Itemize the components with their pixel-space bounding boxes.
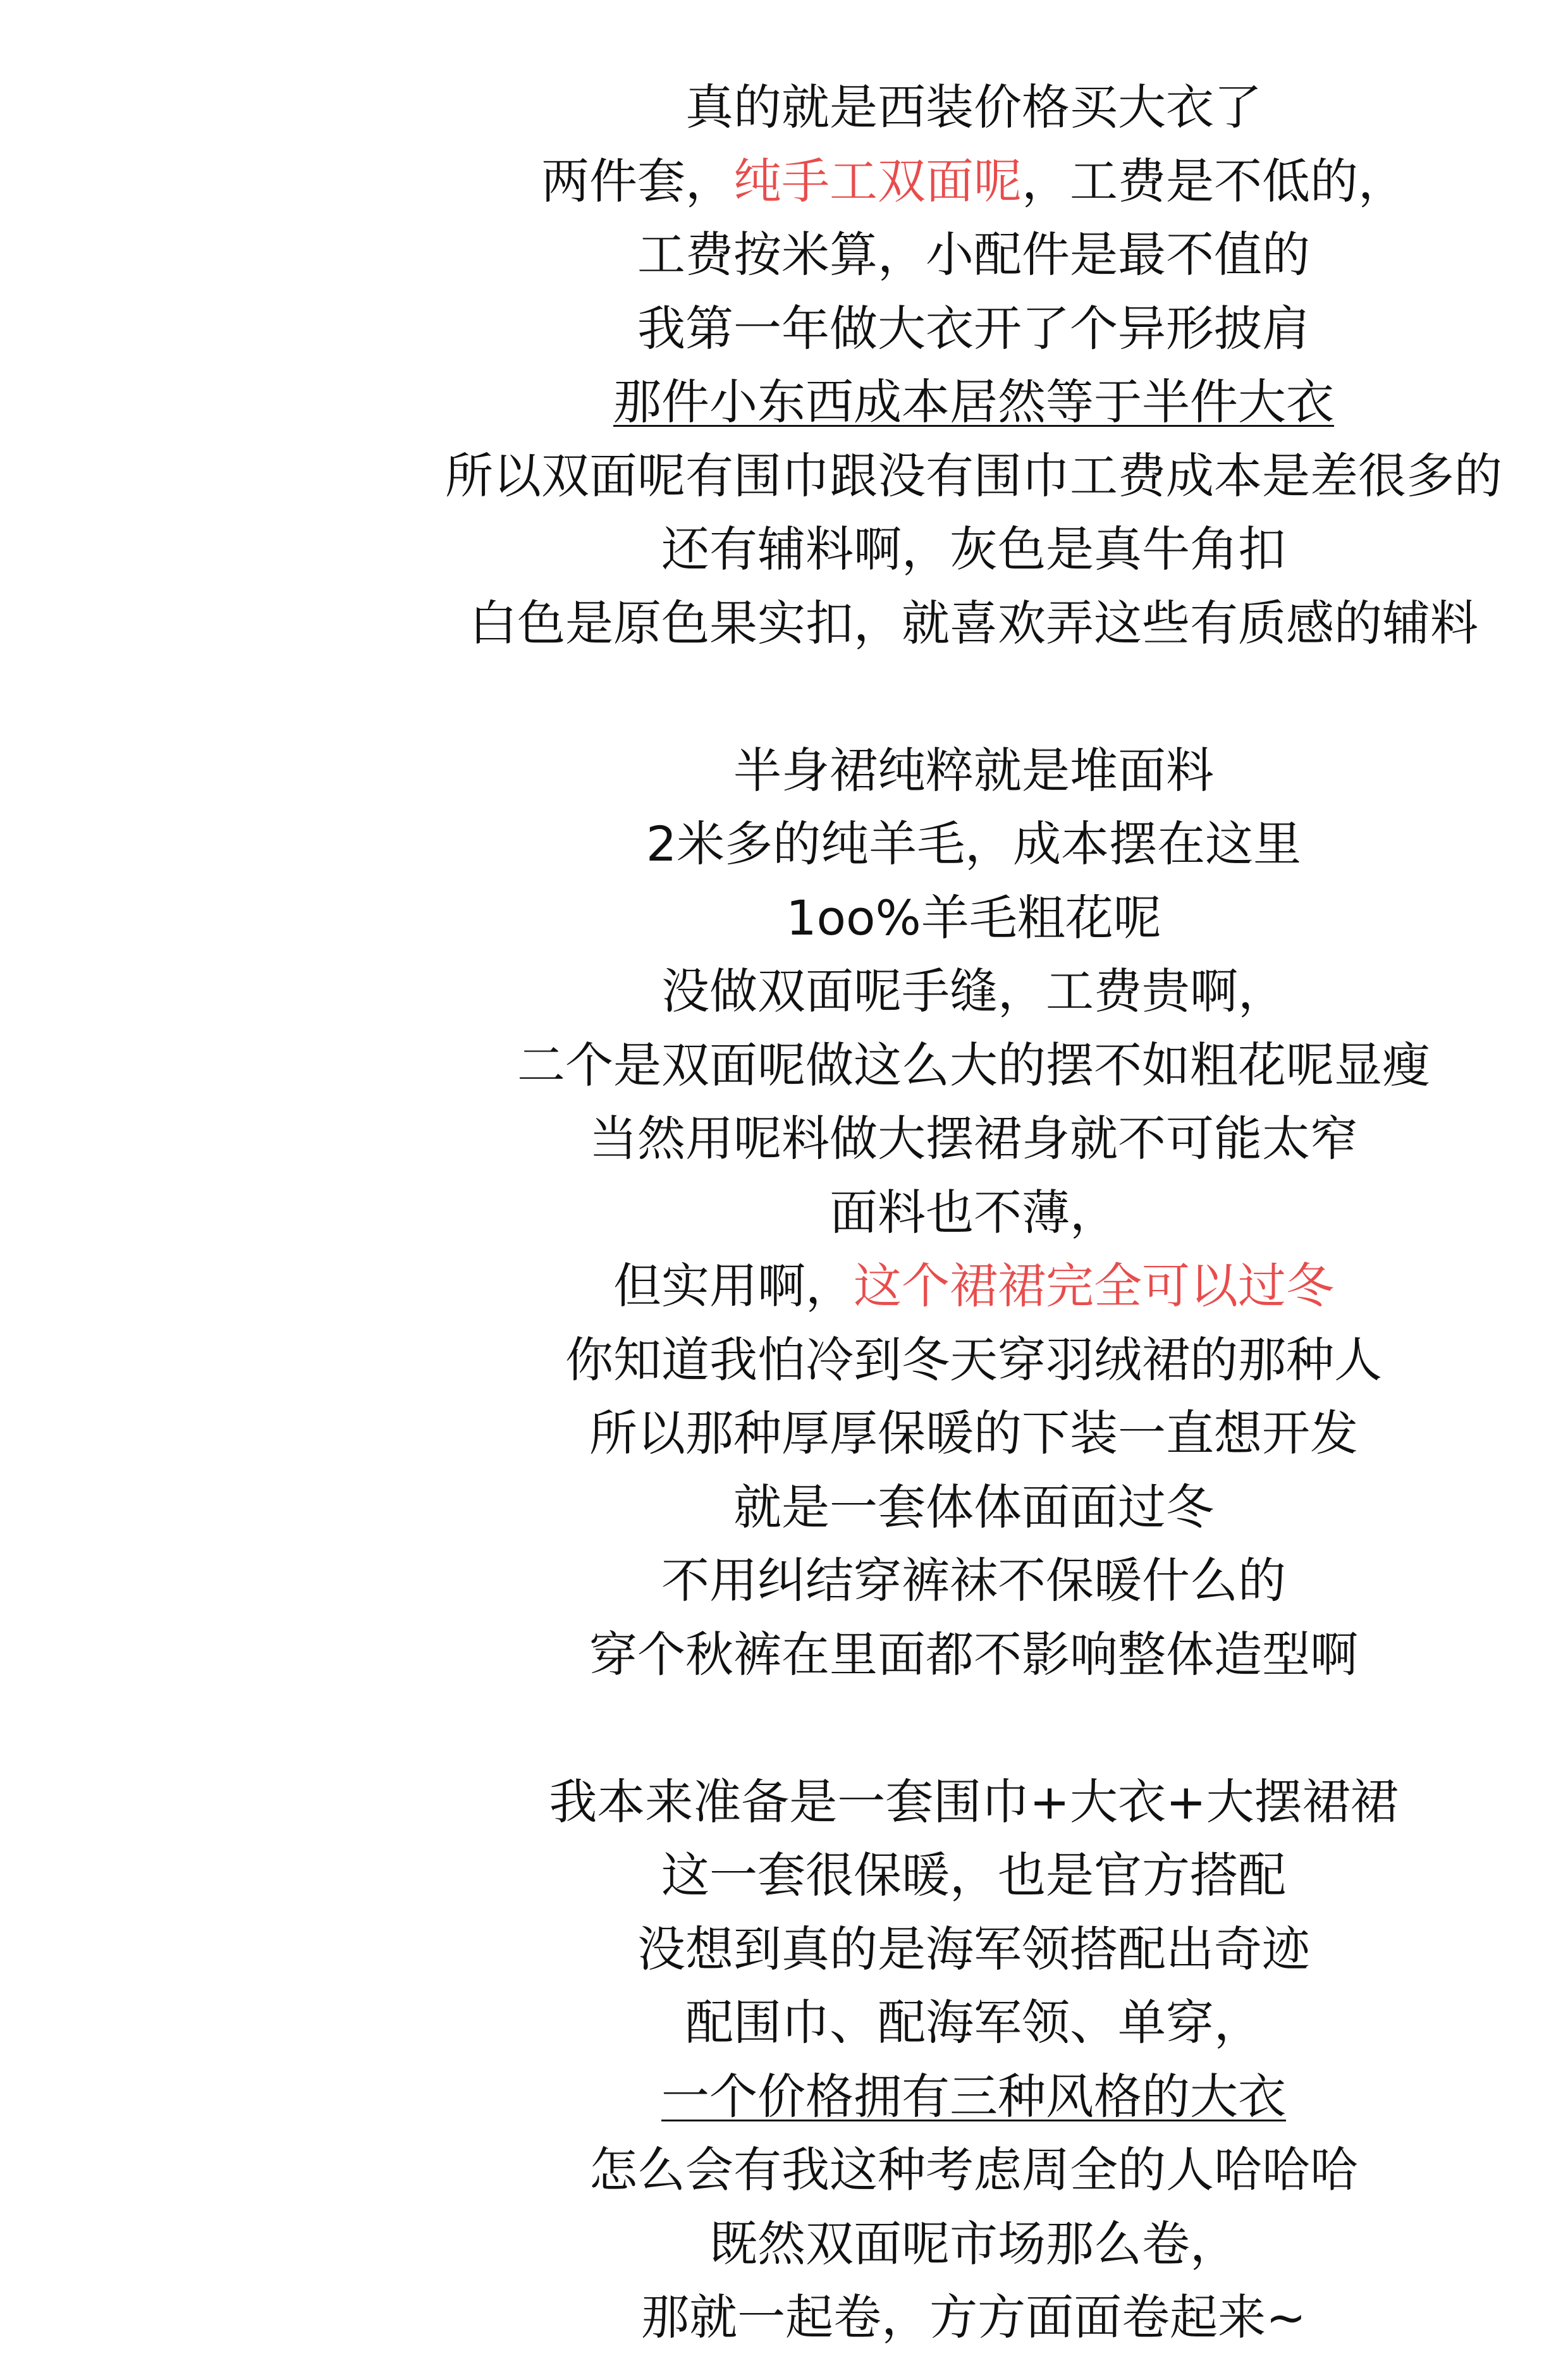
text-line: 穿个秋裤在里面都不影响整体造型啊 <box>379 1618 1568 1692</box>
text-segment: 所以双面呢有围巾跟没有围巾工费成本是差很多的 <box>445 448 1502 504</box>
text-line: 没想到真的是海军领搭配出奇迹 <box>379 1913 1568 1987</box>
text-segment: 你知道我怕冷到冬天穿羽绒裙的那种人 <box>565 1332 1382 1388</box>
paragraph-gap <box>379 1691 1568 1765</box>
text-line: 没做双面呢手缝，工费贵啊， <box>379 955 1568 1029</box>
text-line: 所以双面呢有围巾跟没有围巾工费成本是差很多的 <box>379 439 1568 513</box>
text-line: 真的就是西装价格买大衣了 <box>379 71 1568 145</box>
text-segment: 我本来准备是一套围巾+大衣+大摆裙裙 <box>549 1774 1398 1830</box>
text-line: 你知道我怕冷到冬天穿羽绒裙的那种人 <box>379 1323 1568 1397</box>
text-line: 当然用呢料做大摆裙身就不可能太窄 <box>379 1102 1568 1176</box>
text-segment: ，工费是不低的， <box>1022 153 1406 209</box>
text-line: 这一套很保暖，也是官方搭配 <box>379 1839 1568 1913</box>
text-segment: 没想到真的是海军领搭配出奇迹 <box>637 1921 1310 1977</box>
text-line: 半身裙纯粹就是堆面料 <box>379 734 1568 808</box>
paragraph-gap <box>379 660 1568 734</box>
text-line: 2米多的纯羊毛，成本摆在这里 <box>379 807 1568 881</box>
text-line: 配围巾、配海军领、单穿， <box>379 1986 1568 2060</box>
text-line: 但实用啊，这个裙裙完全可以过冬 <box>379 1249 1568 1323</box>
text-segment: 就是一套体体面面过冬 <box>733 1479 1214 1535</box>
underlined-text: 一个价格拥有三种风格的大衣 <box>661 2068 1286 2125</box>
text-segment: 没做双面呢手缝，工费贵啊， <box>661 963 1286 1019</box>
text-segment: 真的就是西装价格买大衣了 <box>685 79 1262 135</box>
text-line: 白色是原色果实扣，就喜欢弄这些有质感的辅料 <box>379 587 1568 661</box>
text-segment: 既然双面呢市场那么卷， <box>709 2216 1238 2272</box>
text-line: 我本来准备是一套围巾+大衣+大摆裙裙 <box>379 1765 1568 1839</box>
article-text: 真的就是西装价格买大衣了 两件套，纯手工双面呢，工费是不低的， 工费按米算，小配… <box>379 71 1568 2355</box>
text-segment: 不用纠结穿裤袜不保暖什么的 <box>661 1552 1286 1609</box>
text-segment: 我第一年做大衣开了个异形披肩 <box>637 300 1310 357</box>
text-line: 既然双面呢市场那么卷， <box>379 2207 1568 2281</box>
section-styling: 我本来准备是一套围巾+大衣+大摆裙裙 这一套很保暖，也是官方搭配 没想到真的是海… <box>379 1765 1568 2355</box>
text-segment: 怎么会有我这种考虑周全的人哈哈哈 <box>589 2142 1358 2198</box>
text-line: 工费按米算，小配件是最不值的 <box>379 218 1568 292</box>
text-segment: 当然用呢料做大摆裙身就不可能太窄 <box>589 1110 1358 1167</box>
text-line: 所以那种厚厚保暖的下装一直想开发 <box>379 1397 1568 1471</box>
text-line: 那就一起卷，方方面面卷起来~ <box>379 2281 1568 2355</box>
text-segment: 2米多的纯羊毛，成本摆在这里 <box>646 816 1301 872</box>
text-segment: 还有辅料啊，灰色是真牛角扣 <box>661 521 1286 577</box>
text-segment: 半身裙纯粹就是堆面料 <box>733 742 1214 799</box>
text-segment: 工费按米算，小配件是最不值的 <box>637 226 1310 283</box>
text-line: 1oo%羊毛粗花呢 <box>379 881 1568 955</box>
text-line: 二个是双面呢做这么大的摆不如粗花呢显瘦 <box>379 1029 1568 1103</box>
section-coat: 真的就是西装价格买大衣了 两件套，纯手工双面呢，工费是不低的， 工费按米算，小配… <box>379 71 1568 660</box>
text-segment: 配围巾、配海军领、单穿， <box>685 1994 1262 2051</box>
text-line: 怎么会有我这种考虑周全的人哈哈哈 <box>379 2133 1568 2207</box>
text-segment: 但实用啊， <box>613 1258 854 1314</box>
text-line: 还有辅料啊，灰色是真牛角扣 <box>379 513 1568 587</box>
highlight-text: 纯手工双面呢 <box>733 153 1022 209</box>
text-line: 两件套，纯手工双面呢，工费是不低的， <box>379 145 1568 219</box>
highlight-text: 这个裙裙完全可以过冬 <box>854 1258 1334 1314</box>
underlined-line: 那件小东西成本居然等于半件大衣 <box>379 365 1568 439</box>
text-segment: 所以那种厚厚保暖的下装一直想开发 <box>589 1405 1358 1461</box>
text-segment: 这一套很保暖，也是官方搭配 <box>661 1847 1286 1903</box>
text-segment: 两件套， <box>541 153 733 209</box>
text-segment: 面料也不薄， <box>830 1184 1118 1241</box>
text-line: 就是一套体体面面过冬 <box>379 1471 1568 1545</box>
text-segment: 穿个秋裤在里面都不影响整体造型啊 <box>589 1626 1358 1683</box>
text-segment: 那就一起卷，方方面面卷起来~ <box>641 2289 1306 2345</box>
section-skirt: 半身裙纯粹就是堆面料 2米多的纯羊毛，成本摆在这里 1oo%羊毛粗花呢 没做双面… <box>379 734 1568 1692</box>
text-line: 面料也不薄， <box>379 1176 1568 1250</box>
text-line: 我第一年做大衣开了个异形披肩 <box>379 292 1568 366</box>
text-line: 不用纠结穿裤袜不保暖什么的 <box>379 1544 1568 1618</box>
text-segment: 1oo%羊毛粗花呢 <box>786 890 1161 946</box>
text-segment: 二个是双面呢做这么大的摆不如粗花呢显瘦 <box>517 1037 1430 1093</box>
underlined-line: 一个价格拥有三种风格的大衣 <box>379 2060 1568 2134</box>
underlined-text: 那件小东西成本居然等于半件大衣 <box>613 374 1334 430</box>
text-segment: 白色是原色果实扣，就喜欢弄这些有质感的辅料 <box>469 595 1478 651</box>
